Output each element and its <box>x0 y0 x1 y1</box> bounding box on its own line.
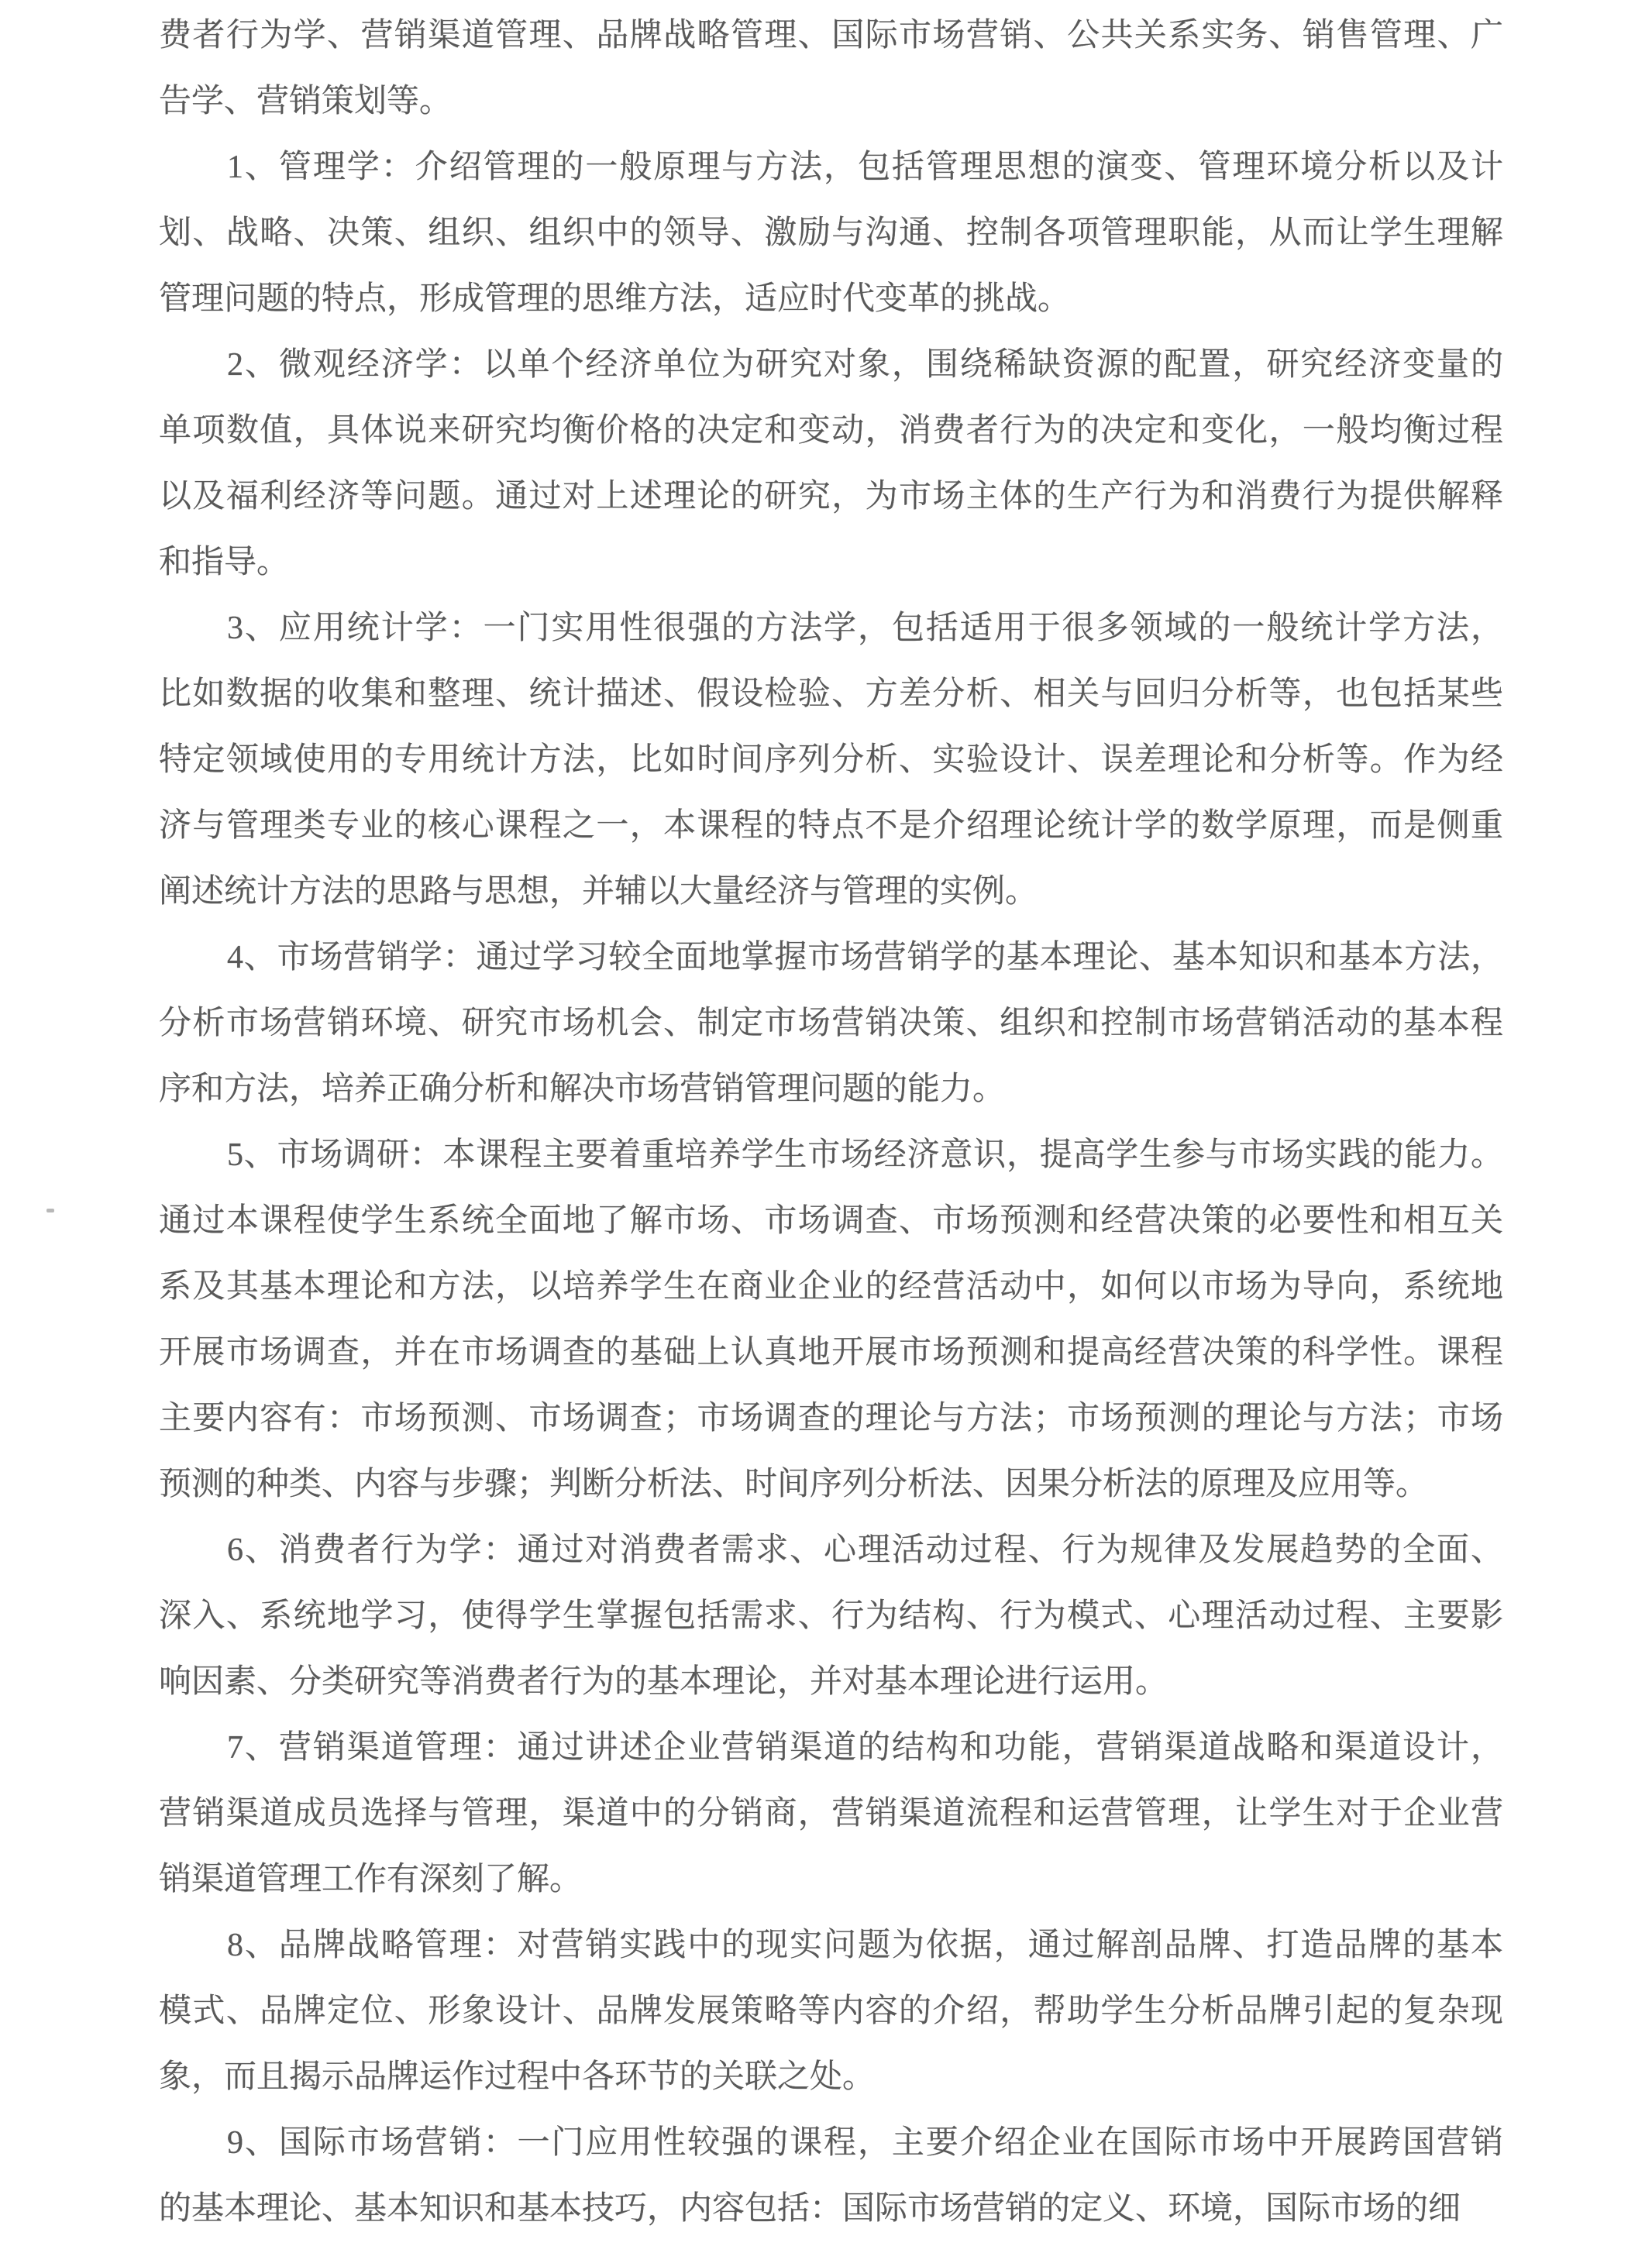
text-line: 9、国际市场营销：一门应用性较强的课程，主要介绍企业在国际市场中开展跨国营销 <box>159 2110 1503 2176</box>
text-line: 告学、营销策划等。 <box>159 69 1503 135</box>
paragraph-3: 3、应用统计学：一门实用性很强的方法学，包括适用于很多领域的一般统计学方法，比如… <box>159 596 1503 925</box>
text-line: 开展市场调查，并在市场调查的基础上认真地开展市场预测和提高经营决策的科学性。课程 <box>159 1320 1503 1386</box>
text-line: 1、管理学：介绍管理的一般原理与方法，包括管理思想的演变、管理环境分析以及计 <box>159 135 1503 201</box>
text-line: 2、微观经济学：以单个经济单位为研究对象，围绕稀缺资源的配置，研究经济变量的 <box>159 332 1503 398</box>
paragraph-9: 9、国际市场营销：一门应用性较强的课程，主要介绍企业在国际市场中开展跨国营销的基… <box>159 2110 1503 2242</box>
text-line: 预测的种类、内容与步骤；判断分析法、时间序列分析法、因果分析法的原理及应用等。 <box>159 1452 1503 1518</box>
text-line: 响因素、分类研究等消费者行为的基本理论，并对基本理论进行运用。 <box>159 1649 1503 1715</box>
paragraph-6: 6、消费者行为学：通过对消费者需求、心理活动过程、行为规律及发展趋势的全面、深入… <box>159 1518 1503 1715</box>
text-line: 4、市场营销学：通过学习较全面地掌握市场营销学的基本理论、基本知识和基本方法， <box>159 925 1503 991</box>
text-line: 6、消费者行为学：通过对消费者需求、心理活动过程、行为规律及发展趋势的全面、 <box>159 1518 1503 1584</box>
paragraph-5: 5、市场调研：本课程主要着重培养学生市场经济意识，提高学生参与市场实践的能力。通… <box>159 1123 1503 1518</box>
text-line: 比如数据的收集和整理、统计描述、假设检验、方差分析、相关与回归分析等，也包括某些 <box>159 662 1503 727</box>
text-line: 以及福利经济等问题。通过对上述理论的研究，为市场主体的生产行为和消费行为提供解释 <box>159 464 1503 530</box>
text-line: 营销渠道成员选择与管理，渠道中的分销商，营销渠道流程和运营管理，让学生对于企业营 <box>159 1781 1503 1847</box>
text-line: 特定领域使用的专用统计方法，比如时间序列分析、实验设计、误差理论和分析等。作为经 <box>159 727 1503 793</box>
text-line: 和指导。 <box>159 530 1503 596</box>
paragraph-2: 2、微观经济学：以单个经济单位为研究对象，围绕稀缺资源的配置，研究经济变量的单项… <box>159 332 1503 596</box>
text-line: 7、营销渠道管理：通过讲述企业营销渠道的结构和功能，营销渠道战略和渠道设计， <box>159 1715 1503 1781</box>
text-line: 序和方法，培养正确分析和解决市场营销管理问题的能力。 <box>159 1057 1503 1123</box>
text-line: 3、应用统计学：一门实用性很强的方法学，包括适用于很多领域的一般统计学方法， <box>159 596 1503 662</box>
text-line: 模式、品牌定位、形象设计、品牌发展策略等内容的介绍，帮助学生分析品牌引起的复杂现 <box>159 1979 1503 2045</box>
text-line: 管理问题的特点，形成管理的思维方法，适应时代变革的挑战。 <box>159 267 1503 332</box>
text-line: 阐述统计方法的思路与思想，并辅以大量经济与管理的实例。 <box>159 859 1503 925</box>
paragraph-0: 费者行为学、营销渠道管理、品牌战略管理、国际市场营销、公共关系实务、销售管理、广… <box>159 3 1503 135</box>
text-line: 济与管理类专业的核心课程之一，本课程的特点不是介绍理论统计学的数学原理，而是侧重 <box>159 793 1503 859</box>
text-line: 深入、系统地学习，使得学生掌握包括需求、行为结构、行为模式、心理活动过程、主要影 <box>159 1584 1503 1649</box>
paragraph-4: 4、市场营销学：通过学习较全面地掌握市场营销学的基本理论、基本知识和基本方法，分… <box>159 925 1503 1123</box>
text-line: 系及其基本理论和方法，以培养学生在商业企业的经营活动中，如何以市场为导向，系统地 <box>159 1254 1503 1320</box>
document-body: 费者行为学、营销渠道管理、品牌战略管理、国际市场营销、公共关系实务、销售管理、广… <box>159 3 1503 2242</box>
text-line: 费者行为学、营销渠道管理、品牌战略管理、国际市场营销、公共关系实务、销售管理、广 <box>159 3 1503 69</box>
text-line: 销渠道管理工作有深刻了解。 <box>159 1847 1503 1913</box>
text-line: 通过本课程使学生系统全面地了解市场、市场调查、市场预测和经营决策的必要性和相互关 <box>159 1188 1503 1254</box>
scanned-document-page: 费者行为学、营销渠道管理、品牌战略管理、国际市场营销、公共关系实务、销售管理、广… <box>0 0 1652 2246</box>
text-line: 的基本理论、基本知识和基本技巧，内容包括：国际市场营销的定义、环境，国际市场的细 <box>159 2176 1503 2242</box>
paragraph-8: 8、品牌战略管理：对营销实践中的现实问题为依据，通过解剖品牌、打造品牌的基本模式… <box>159 1913 1503 2110</box>
scan-artifact-speck <box>46 1209 54 1212</box>
text-line: 分析市场营销环境、研究市场机会、制定市场营销决策、组织和控制市场营销活动的基本程 <box>159 991 1503 1057</box>
text-line: 划、战略、决策、组织、组织中的领导、激励与沟通、控制各项管理职能，从而让学生理解 <box>159 201 1503 267</box>
text-line: 8、品牌战略管理：对营销实践中的现实问题为依据，通过解剖品牌、打造品牌的基本 <box>159 1913 1503 1979</box>
paragraph-1: 1、管理学：介绍管理的一般原理与方法，包括管理思想的演变、管理环境分析以及计划、… <box>159 135 1503 332</box>
text-line: 主要内容有：市场预测、市场调查；市场调查的理论与方法；市场预测的理论与方法；市场 <box>159 1386 1503 1452</box>
text-line: 单项数值，具体说来研究均衡价格的决定和变动，消费者行为的决定和变化，一般均衡过程 <box>159 398 1503 464</box>
text-line: 象，而且揭示品牌运作过程中各环节的关联之处。 <box>159 2045 1503 2110</box>
paragraph-7: 7、营销渠道管理：通过讲述企业营销渠道的结构和功能，营销渠道战略和渠道设计，营销… <box>159 1715 1503 1913</box>
text-line: 5、市场调研：本课程主要着重培养学生市场经济意识，提高学生参与市场实践的能力。 <box>159 1123 1503 1188</box>
